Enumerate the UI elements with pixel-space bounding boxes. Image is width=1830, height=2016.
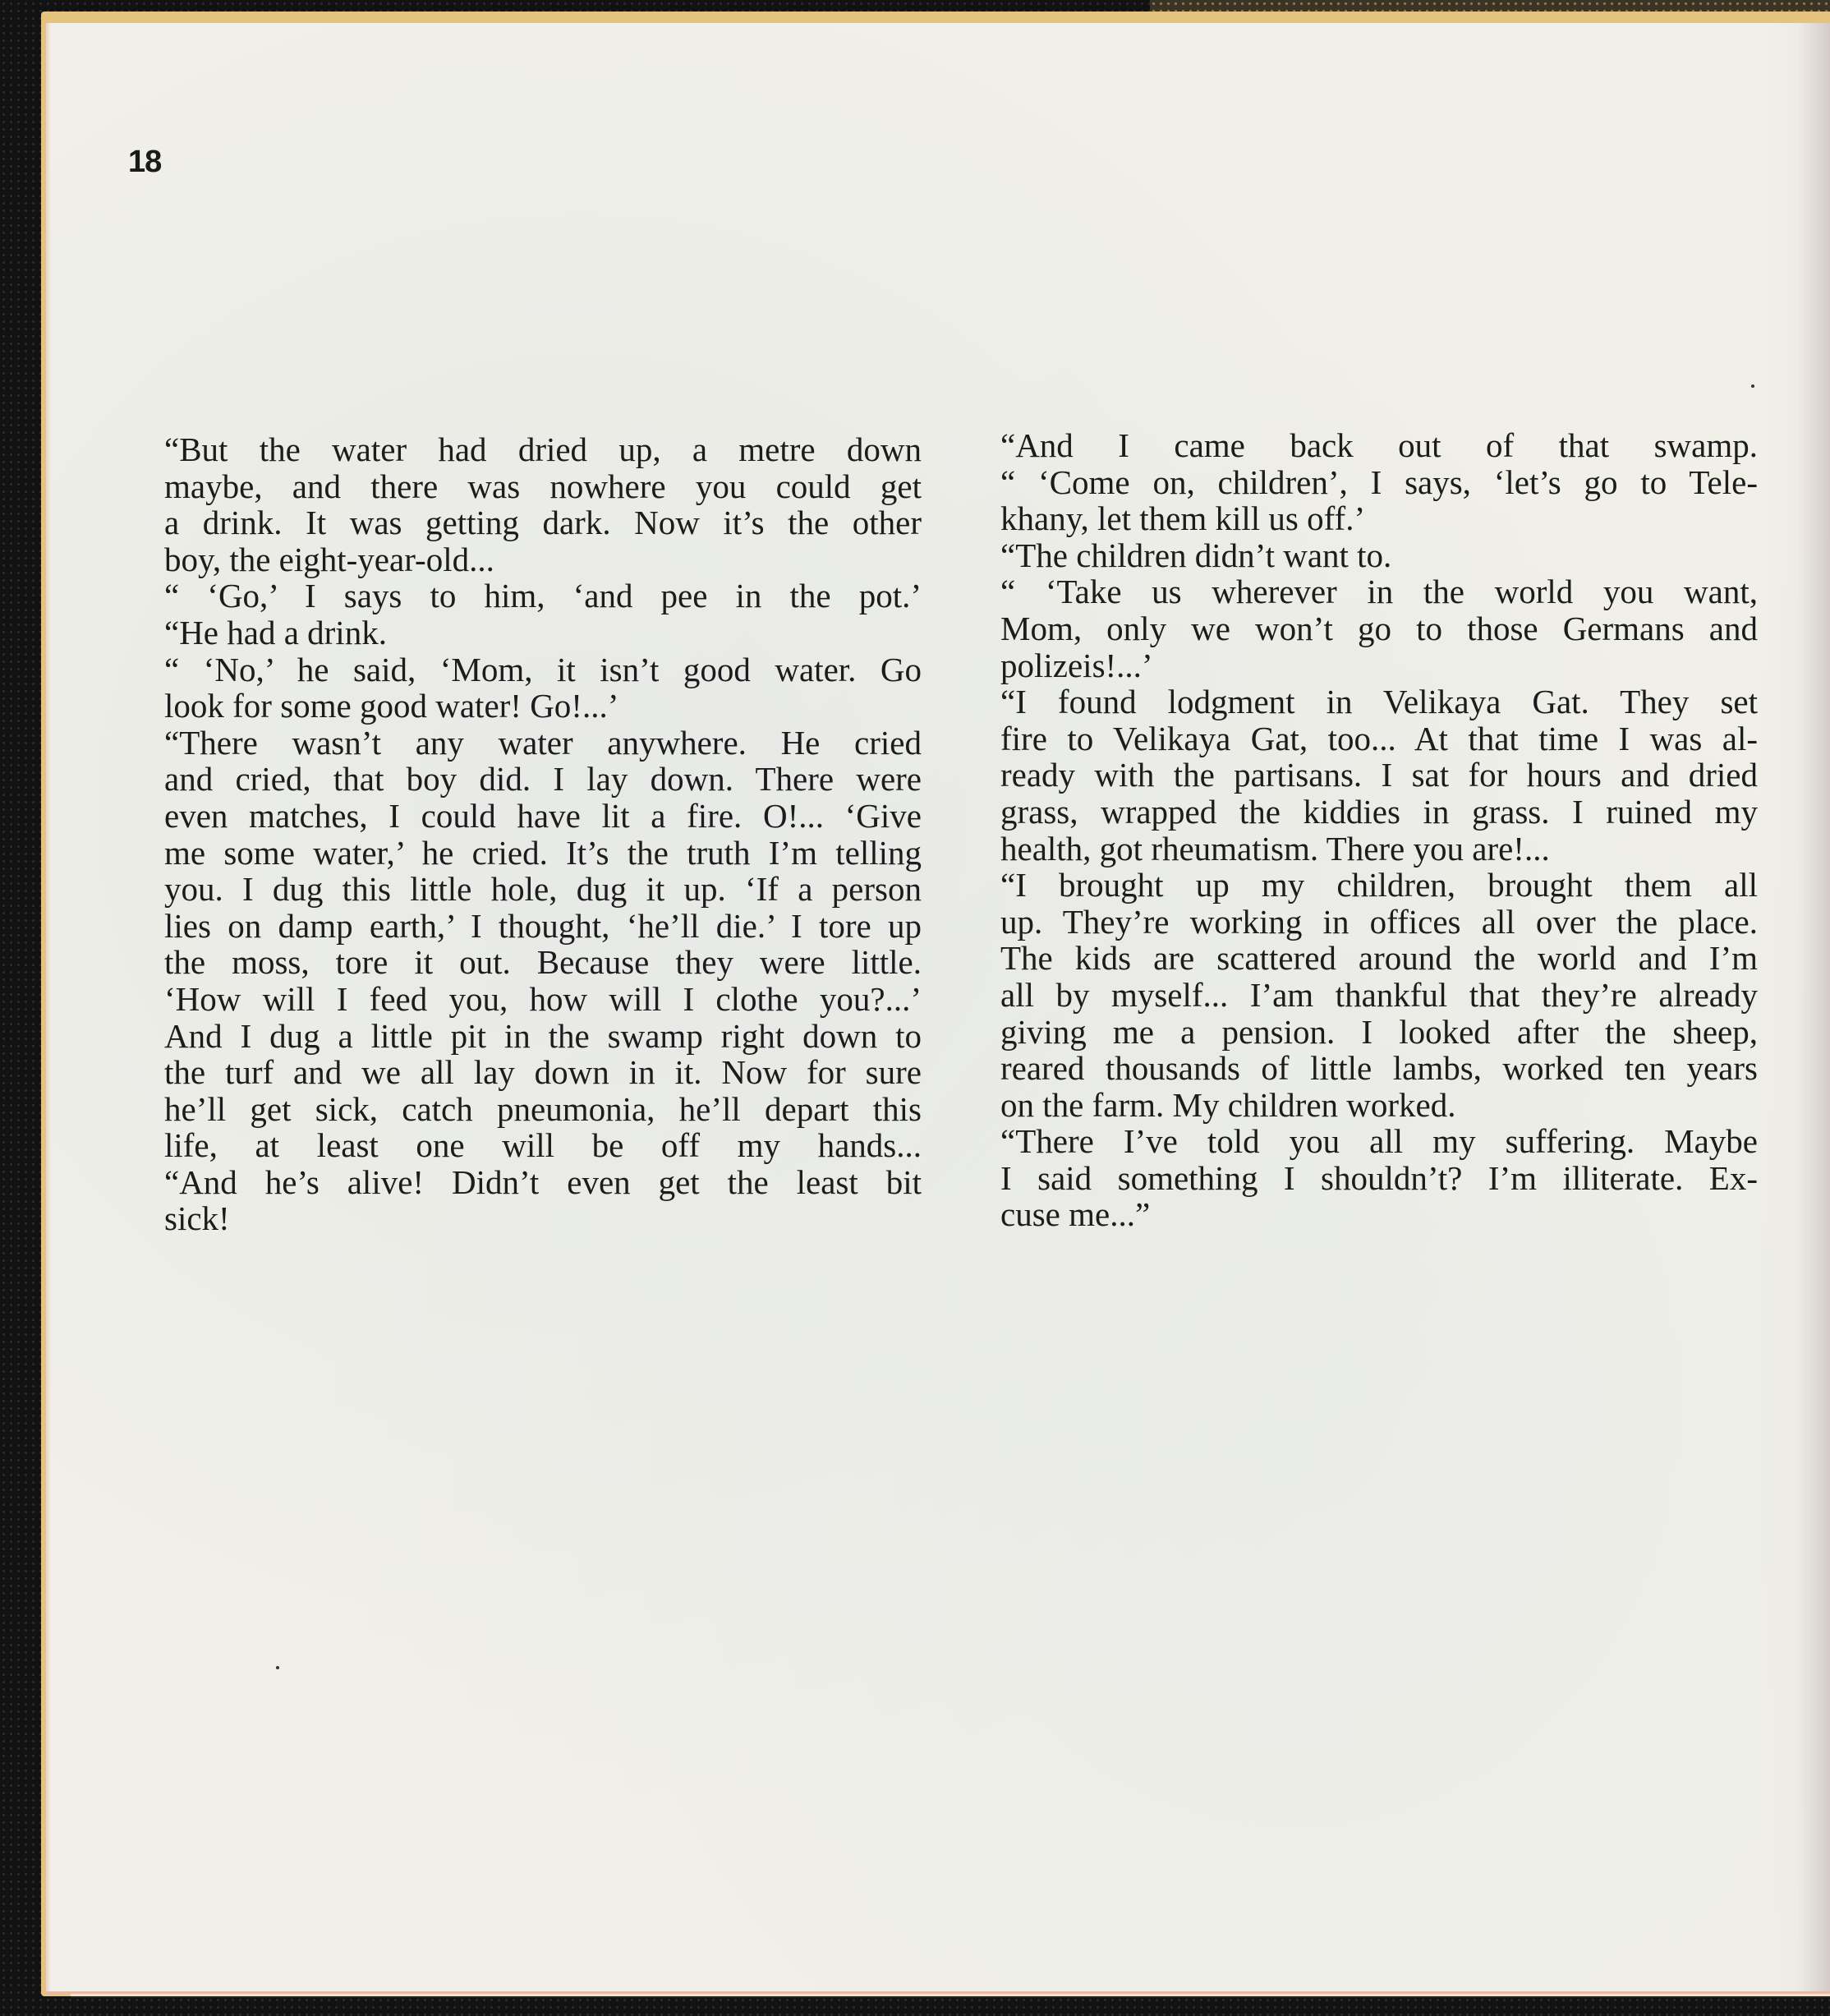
text-line: a drink. It was getting dark. Now it’s t… [131, 504, 922, 541]
text-line: “And he’s alive! Didn’t even get the lea… [131, 1164, 922, 1201]
text-line: “There wasn’t any water anywhere. He cri… [131, 725, 922, 762]
text-line: cuse me...” [968, 1196, 1758, 1233]
text-line: sick! [131, 1200, 922, 1237]
book-page: 18 “But the water had dried up, a metre … [46, 23, 1830, 1994]
text-line: up. They’re working in offices all over … [968, 904, 1758, 941]
text-line: life, at least one will be off my hands.… [131, 1127, 922, 1164]
text-line: and cried, that boy did. I lay down. The… [131, 761, 922, 798]
text-column-right: “And I came back out of that swamp. “ ‘C… [968, 427, 1758, 1233]
text-line: ‘How will I feed you, how will I clothe … [131, 981, 922, 1018]
text-line: The kids are scattered around the world … [968, 940, 1758, 977]
paragraph: “ ‘Go,’ I says to him, ‘and pee in the p… [131, 578, 922, 614]
paragraph: “He had a drink. [131, 614, 922, 651]
text-line: “ ‘Take us wherever in the world you wan… [968, 573, 1758, 610]
paragraph: “And I came back out of that swamp. [968, 427, 1758, 464]
text-line: look for some good water! Go!...’ [131, 688, 922, 725]
text-line: me some water,’ he cried. It’s the truth… [131, 835, 922, 872]
text-line: khany, let them kill us off.’ [968, 500, 1758, 537]
text-line: ready with the partisans. I sat for hour… [968, 757, 1758, 794]
text-line: the moss, tore it out. Because they were… [131, 944, 922, 981]
paragraph: “There I’ve told you all my suffering. M… [968, 1123, 1758, 1233]
paragraph: “ ‘Come on, children’, I says, ‘let’s go… [968, 464, 1758, 537]
text-line: all by myself... I’am thankful that they… [968, 977, 1758, 1014]
text-line: giving me a pension. I looked after the … [968, 1014, 1758, 1051]
paragraph: “The children didn’t want to. [968, 537, 1758, 574]
page-number: 18 [128, 145, 161, 180]
text-line: “I brought up my children, brought them … [968, 867, 1758, 904]
text-column-left: “But the water had dried up, a metre dow… [131, 431, 922, 1237]
text-line: Mom, only we won’t go to those Germans a… [968, 610, 1758, 647]
paragraph: “I brought up my children, brought them … [968, 867, 1758, 1123]
text-line: “He had a drink. [131, 614, 922, 651]
text-line: polizeis!...’ [968, 647, 1758, 684]
text-line: reared thousands of little lambs, worked… [968, 1050, 1758, 1087]
text-line: maybe, and there was nowhere you could g… [131, 468, 922, 505]
text-line: he’ll get sick, catch pneumonia, he’ll d… [131, 1091, 922, 1128]
text-line: lies on damp earth,’ I thought, ‘he’ll d… [131, 908, 922, 945]
text-line: “I found lodgment in Velikaya Gat. They … [968, 684, 1758, 720]
text-line: even matches, I could have lit a fire. O… [131, 798, 922, 835]
text-line: I said something I shouldn’t? I’m illite… [968, 1160, 1758, 1197]
paragraph: “But the water had dried up, a metre dow… [131, 431, 922, 578]
paragraph: “ ‘No,’ he said, ‘Mom, it isn’t good wat… [131, 651, 922, 725]
text-line: fire to Velikaya Gat, too... At that tim… [968, 720, 1758, 757]
text-line: boy, the eight-year-old... [131, 541, 922, 578]
text-line: “ ‘Come on, children’, I says, ‘let’s go… [968, 464, 1758, 501]
text-line: “The children didn’t want to. [968, 537, 1758, 574]
paper-speck [276, 1666, 279, 1669]
text-line: “There I’ve told you all my suffering. M… [968, 1123, 1758, 1160]
text-line: “ ‘Go,’ I says to him, ‘and pee in the p… [131, 578, 922, 614]
paragraph: “There wasn’t any water anywhere. He cri… [131, 725, 922, 1164]
text-line: “But the water had dried up, a metre dow… [131, 431, 922, 468]
text-line: “And I came back out of that swamp. [968, 427, 1758, 464]
paragraph: “ ‘Take us wherever in the world you wan… [968, 573, 1758, 684]
text-line: And I dug a little pit in the swamp righ… [131, 1018, 922, 1055]
text-line: “ ‘No,’ he said, ‘Mom, it isn’t good wat… [131, 651, 922, 688]
text-line: on the farm. My children worked. [968, 1087, 1758, 1124]
paragraph: “And he’s alive! Didn’t even get the lea… [131, 1164, 922, 1237]
text-line: grass, wrapped the kiddies in grass. I r… [968, 794, 1758, 831]
paragraph: “I found lodgment in Velikaya Gat. They … [968, 684, 1758, 867]
paper-speck [1751, 384, 1754, 388]
text-line: you. I dug this little hole, dug it up. … [131, 871, 922, 908]
text-line: health, got rheumatism. There you are!..… [968, 831, 1758, 868]
text-line: the turf and we all lay down in it. Now … [131, 1054, 922, 1091]
